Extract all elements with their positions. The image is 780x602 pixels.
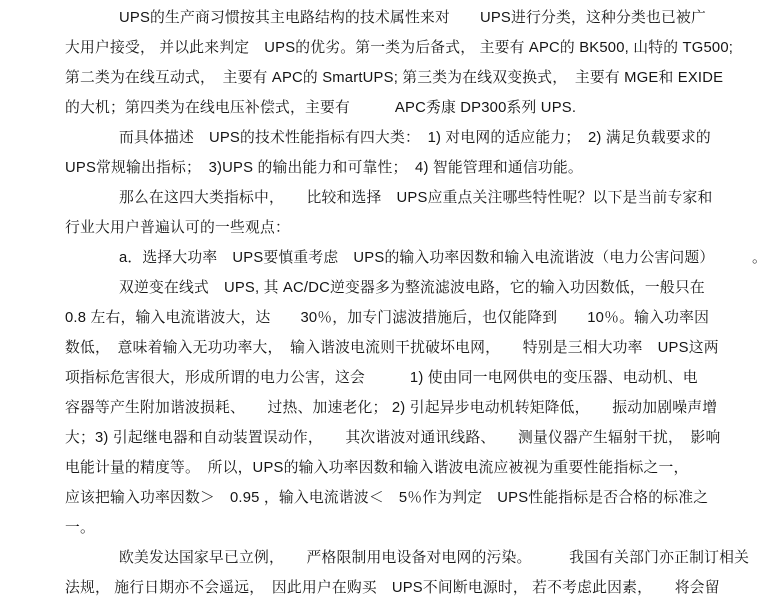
text-line: 大；3) 引起继电器和自动装置误动作， 其次谐波对通讯线路、 测量仪器产生辐射干…: [65, 423, 724, 453]
text-line: 项指标危害很大，形成所谓的电力公害，这会 1) 使由同一电网供电的变压器、电动机…: [65, 363, 724, 393]
text-line: 的大机；第四类为在线电压补偿式，主要有 APC秀康 DP300系列 UPS.: [65, 93, 724, 123]
paragraph: 那么在这四大类指标中， 比较和选择 UPS应重点关注哪些特性呢？以下是当前专家和…: [65, 183, 724, 243]
text-line: 欧美发达国家早已立例， 严格限制用电设备对电网的污染。 我国有关部门亦正制订相关: [65, 543, 724, 573]
paragraph: a．选择大功率 UPS要慎重考虑 UPS的输入功率因数和输入电流谐波（电力公害问…: [65, 243, 724, 273]
paragraph: 双逆变在线式 UPS, 其 AC/DC逆变器多为整流滤波电路，它的输入功因数低，…: [65, 273, 724, 543]
paragraph: 而具体描述 UPS的技术性能指标有四大类： 1) 对电网的适应能力； 2) 满足…: [65, 123, 724, 183]
paragraph: UPS的生产商习惯按其主电路结构的技术属性来对 UPS进行分类，这种分类也已被广…: [65, 3, 724, 123]
text-line: 一。: [65, 513, 724, 543]
text-line: 数低， 意味着输入无功功率大， 输入谐波电流则干扰破坏电网， 特别是三相大功率 …: [65, 333, 724, 363]
text-line: 电能计量的精度等。 所以，UPS的输入功率因数和输入谐波电流应被视为重要性能指标…: [65, 453, 724, 483]
document-body: UPS的生产商习惯按其主电路结构的技术属性来对 UPS进行分类，这种分类也已被广…: [65, 3, 724, 602]
text-line: 那么在这四大类指标中， 比较和选择 UPS应重点关注哪些特性呢？以下是当前专家和: [65, 183, 724, 213]
text-line: 双逆变在线式 UPS, 其 AC/DC逆变器多为整流滤波电路，它的输入功因数低，…: [65, 273, 724, 303]
text-line: 容器等产生附加谐波损耗、 过热、加速老化； 2) 引起异步电动机转矩降低， 振动…: [65, 393, 724, 423]
text-line: 应该把输入功率因数＞ 0.95 ，输入电流谐波＜ 5％作为判定 UPS性能指标是…: [65, 483, 724, 513]
document-page: UPS的生产商习惯按其主电路结构的技术属性来对 UPS进行分类，这种分类也已被广…: [0, 0, 780, 602]
text-line: 行业大用户普遍认可的一些观点：: [65, 213, 724, 243]
text-line: 第二类为在线互动式， 主要有 APC的 SmartUPS; 第三类为在线双变换式…: [65, 63, 724, 93]
text-line: UPS常规输出指标； 3)UPS 的输出能力和可靠性； 4) 智能管理和通信功能…: [65, 153, 724, 183]
text-line: a．选择大功率 UPS要慎重考虑 UPS的输入功率因数和输入电流谐波（电力公害问…: [65, 243, 724, 273]
text-line: 0.8 左右，输入电流谐波大，达 30％，加专门滤波措施后，也仅能降到 10％。…: [65, 303, 724, 333]
text-line: 大用户接受， 并以此来判定 UPS的优劣。第一类为后备式， 主要有 APC的 B…: [65, 33, 724, 63]
text-line: UPS的生产商习惯按其主电路结构的技术属性来对 UPS进行分类，这种分类也已被广: [65, 3, 724, 33]
text-line: 法规， 施行日期亦不会遥远， 因此用户在购买 UPS不间断电源时， 若不考虑此因…: [65, 573, 724, 602]
text-line: 而具体描述 UPS的技术性能指标有四大类： 1) 对电网的适应能力； 2) 满足…: [65, 123, 724, 153]
paragraph: 欧美发达国家早已立例， 严格限制用电设备对电网的污染。 我国有关部门亦正制订相关…: [65, 543, 724, 602]
